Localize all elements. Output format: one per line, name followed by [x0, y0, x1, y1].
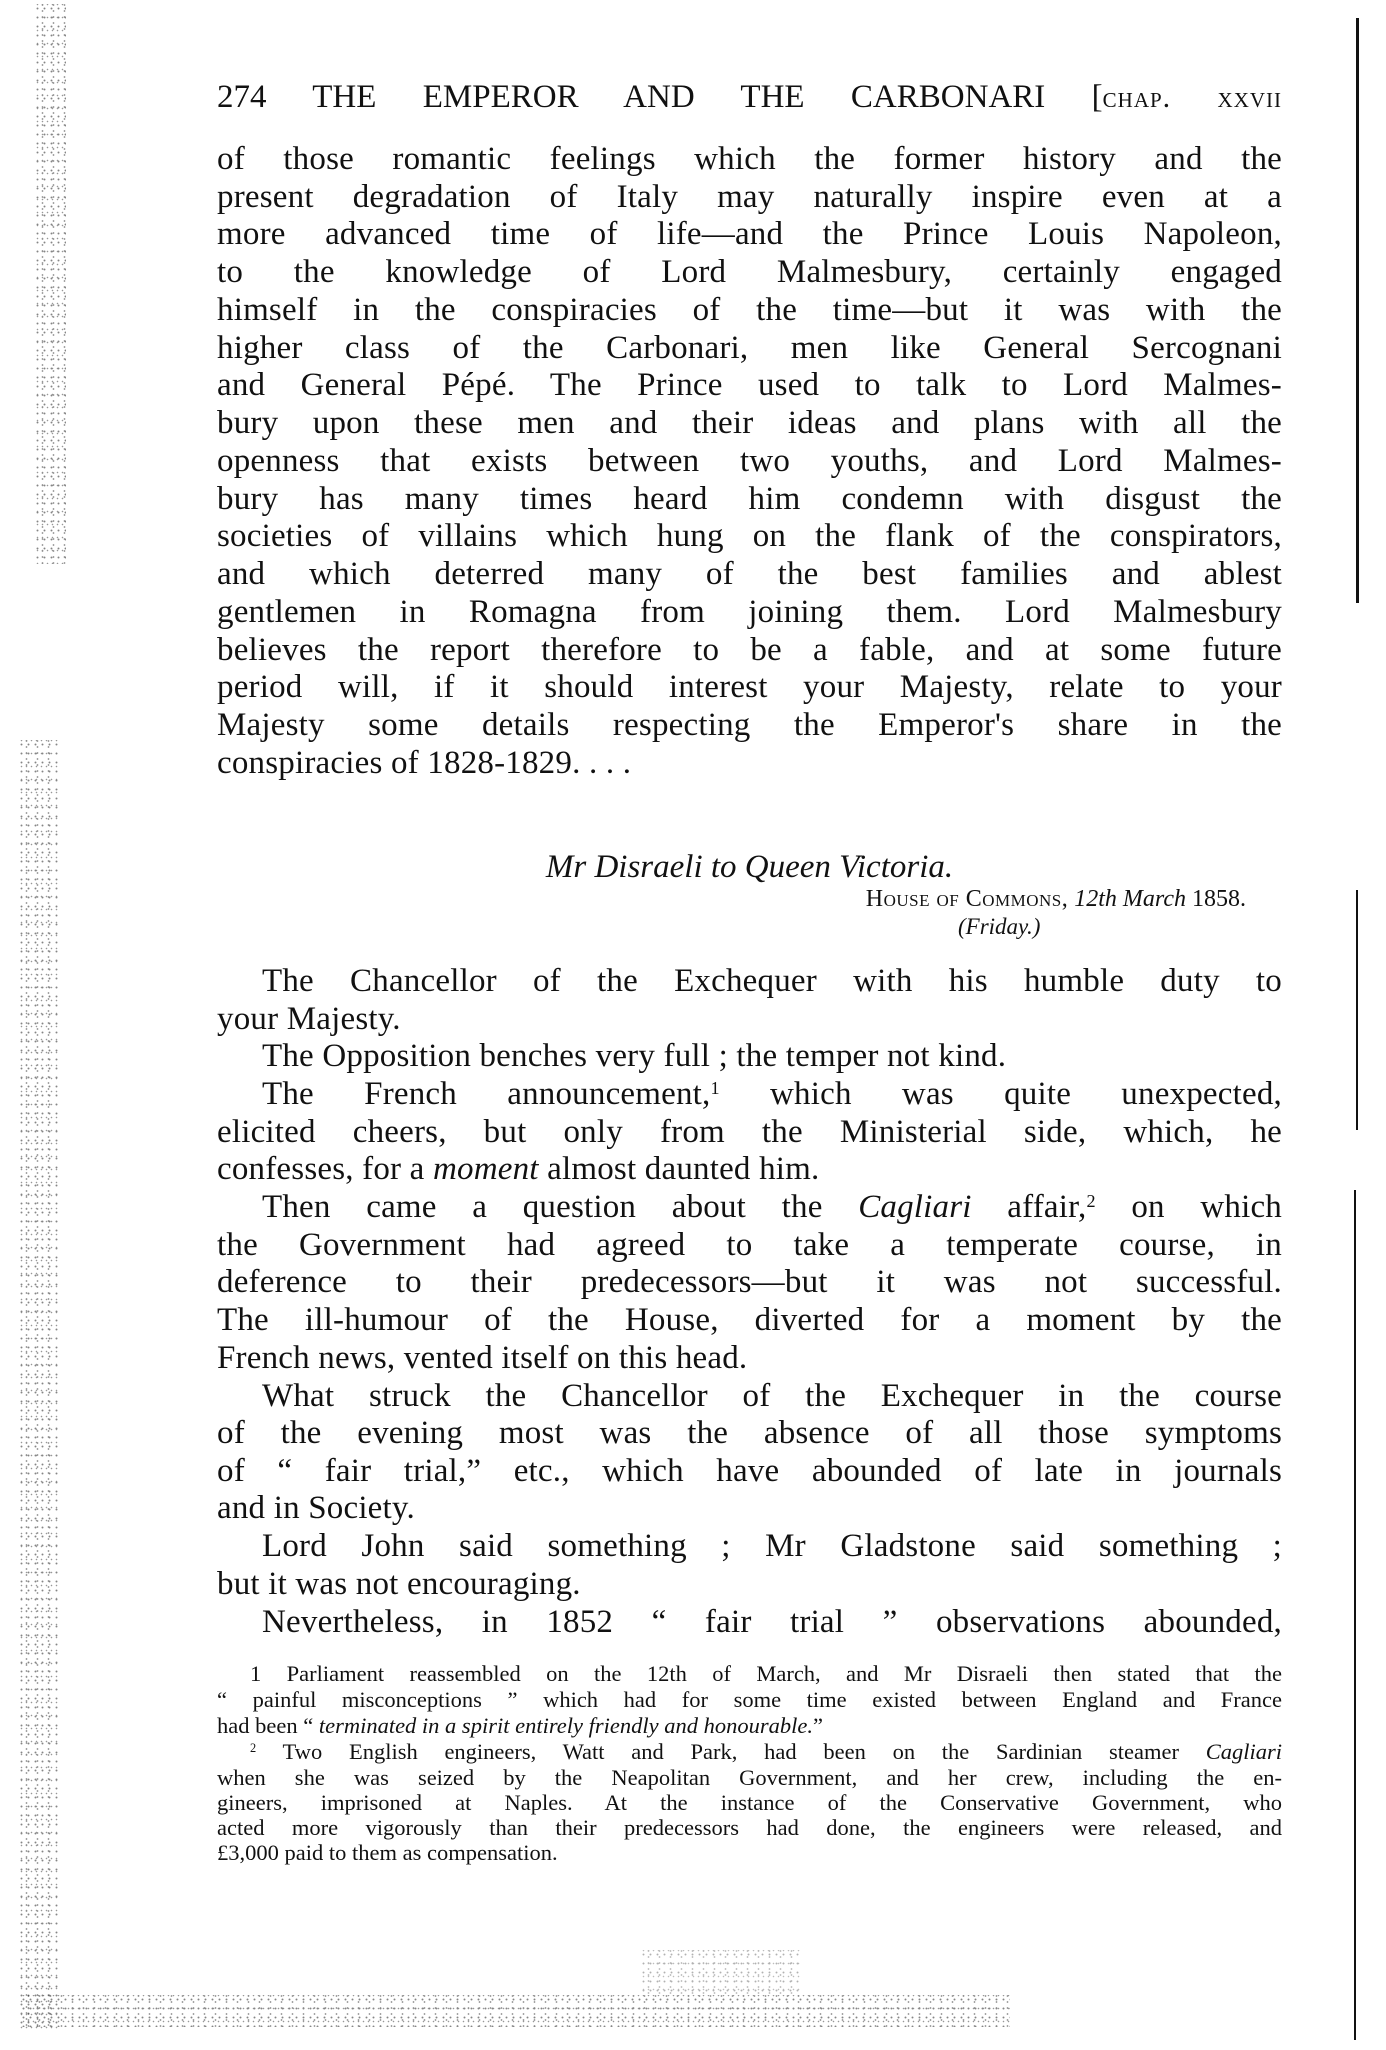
text-run: had been “: [217, 1713, 319, 1738]
letter-line: and in Society.: [217, 1489, 1282, 1527]
body-line: of those romantic feelings which the for…: [217, 140, 1282, 178]
letter-line: Lord John said something ; Mr Gladstone …: [262, 1527, 1282, 1565]
letter-line: The Chancellor of the Exchequer with his…: [262, 962, 1282, 1000]
letter-line: elicited cheers, but only from the Minis…: [217, 1113, 1282, 1151]
scan-noise-left-bottom: [18, 740, 58, 2030]
text-run: ”: [813, 1713, 823, 1738]
chapter-label: Chap.: [1103, 81, 1172, 114]
body-line: conspiracies of 1828-1829. . . .: [217, 744, 1282, 782]
book-page: 274 THE EMPEROR AND THE CARBONARI [Chap.…: [0, 0, 1386, 2050]
dateline-month: March: [1123, 886, 1186, 912]
text-run-italic: moment: [433, 1151, 539, 1187]
page-edge-line-middle: [1356, 890, 1358, 1130]
letter-line: of the evening most was the absence of a…: [217, 1414, 1282, 1452]
body-line: bury upon these men and their ideas and …: [217, 404, 1282, 442]
letter-dateline: House of Commons, 12th March 1858.: [866, 886, 1246, 912]
letter-line: your Majesty.: [217, 1000, 1282, 1038]
letter-line: The French announcement,1 which was quit…: [262, 1075, 1282, 1113]
chapter-bracket: [: [1092, 79, 1103, 115]
scan-noise-bottom: [20, 1995, 1010, 2027]
letter-line: confesses, for a moment almost daunted h…: [217, 1150, 1282, 1188]
footnote-marker: 1: [250, 1661, 261, 1686]
footnote-ref-2[interactable]: 2: [1086, 1191, 1095, 1211]
letter-line: The ill-humour of the House, diverted fo…: [217, 1301, 1282, 1339]
page-edge-line-top: [1356, 18, 1359, 603]
page-number: 274: [217, 79, 267, 115]
body-line: to the knowledge of Lord Malmesbury, cer…: [217, 253, 1282, 291]
chapter-reference: [Chap.: [1092, 79, 1172, 115]
text-run-italic: Cagliari: [858, 1189, 971, 1225]
running-header: 274 THE EMPEROR AND THE CARBONARI [Chap.…: [217, 78, 1282, 117]
body-line: Majesty some details respecting the Empe…: [217, 706, 1282, 744]
footnote-2-line: gineers, imprisoned at Naples. At the in…: [217, 1790, 1282, 1816]
letter-line: What struck the Chancellor of the Excheq…: [262, 1377, 1282, 1415]
body-line: bury has many times heard him condemn wi…: [217, 480, 1282, 518]
scan-noise-left-top: [34, 4, 66, 564]
text-run-italic: Cagliari: [1206, 1739, 1282, 1764]
footnote-ref-1[interactable]: 1: [711, 1078, 720, 1098]
body-line: and which deterred many of the best fami…: [217, 555, 1282, 593]
footnote-1-line: had been “ terminated in a spirit entire…: [217, 1713, 1282, 1739]
body-line: himself in the conspiracies of the time—…: [217, 291, 1282, 329]
text-run: confesses, for a: [217, 1151, 433, 1187]
running-title: THE EMPEROR AND THE CARBONARI: [312, 79, 1045, 115]
text-run-italic: terminated in a spirit entirely friendly…: [319, 1713, 813, 1738]
letter-line: but it was not encouraging.: [217, 1565, 1282, 1603]
body-line: believes the report therefore to be a fa…: [217, 631, 1282, 669]
dateline-weekday: (Friday.): [958, 914, 1040, 940]
body-line: gentlemen in Romagna from joining them. …: [217, 593, 1282, 631]
text-run: Then came a question about the: [262, 1189, 858, 1225]
footnote-1-line: 1 Parliament reassembled on the 12th of …: [250, 1661, 1282, 1687]
footnote-2-line: when she was seized by the Neapolitan Go…: [217, 1765, 1282, 1791]
text-run: Parliament reassembled on the 12th of Ma…: [287, 1661, 1282, 1686]
footnote-1-line: “ painful misconceptions ” which had for…: [217, 1687, 1282, 1713]
dateline-day: 12th: [1074, 886, 1117, 912]
text-run: The French announcement,: [262, 1076, 711, 1112]
dateline-year: 1858.: [1192, 886, 1246, 912]
body-line: present degradation of Italy may natural…: [217, 178, 1282, 216]
body-line: higher class of the Carbonari, men like …: [217, 329, 1282, 367]
page-edge-line-bottom: [1354, 1190, 1356, 2040]
letter-title: Mr Disraeli to Queen Victoria.: [217, 848, 1282, 886]
letter-line: of “ fair trial,” etc., which have aboun…: [217, 1452, 1282, 1490]
body-line: and General Pépé. The Prince used to tal…: [217, 366, 1282, 404]
text-run: Two English engineers, Watt and Park, ha…: [283, 1739, 1206, 1764]
footnote-2-line: 2 Two English engineers, Watt and Park, …: [250, 1739, 1282, 1765]
body-line: more advanced time of life—and the Princ…: [217, 215, 1282, 253]
body-line: openness that exists between two youths,…: [217, 442, 1282, 480]
text-run: affair,: [972, 1189, 1087, 1225]
footnote-marker: 2: [250, 1741, 256, 1755]
letter-line: Then came a question about the Cagliari …: [262, 1188, 1282, 1226]
letter-line: Nevertheless, in 1852 “ fair trial ” obs…: [262, 1603, 1282, 1641]
body-line: societies of villains which hung on the …: [217, 517, 1282, 555]
footnote-2-line: acted more vigorously than their predece…: [217, 1815, 1282, 1841]
letter-line: The Opposition benches very full ; the t…: [262, 1037, 1282, 1075]
footnote-2-line: £3,000 paid to them as compensation.: [217, 1840, 1282, 1866]
letter-line: the Government had agreed to take a temp…: [217, 1226, 1282, 1264]
letter-line: French news, vented itself on this head.: [217, 1339, 1282, 1377]
letter-line: deference to their predecessors—but it w…: [217, 1263, 1282, 1301]
scan-noise-bottom-center: [640, 1950, 800, 1995]
dateline-place: House of Commons,: [866, 886, 1068, 912]
chapter-number: XXVII: [1218, 81, 1282, 114]
text-run: which was quite unexpected,: [720, 1076, 1282, 1112]
body-line: period will, if it should interest your …: [217, 668, 1282, 706]
text-run: on which: [1096, 1189, 1282, 1225]
text-run: almost daunted him.: [539, 1151, 820, 1187]
